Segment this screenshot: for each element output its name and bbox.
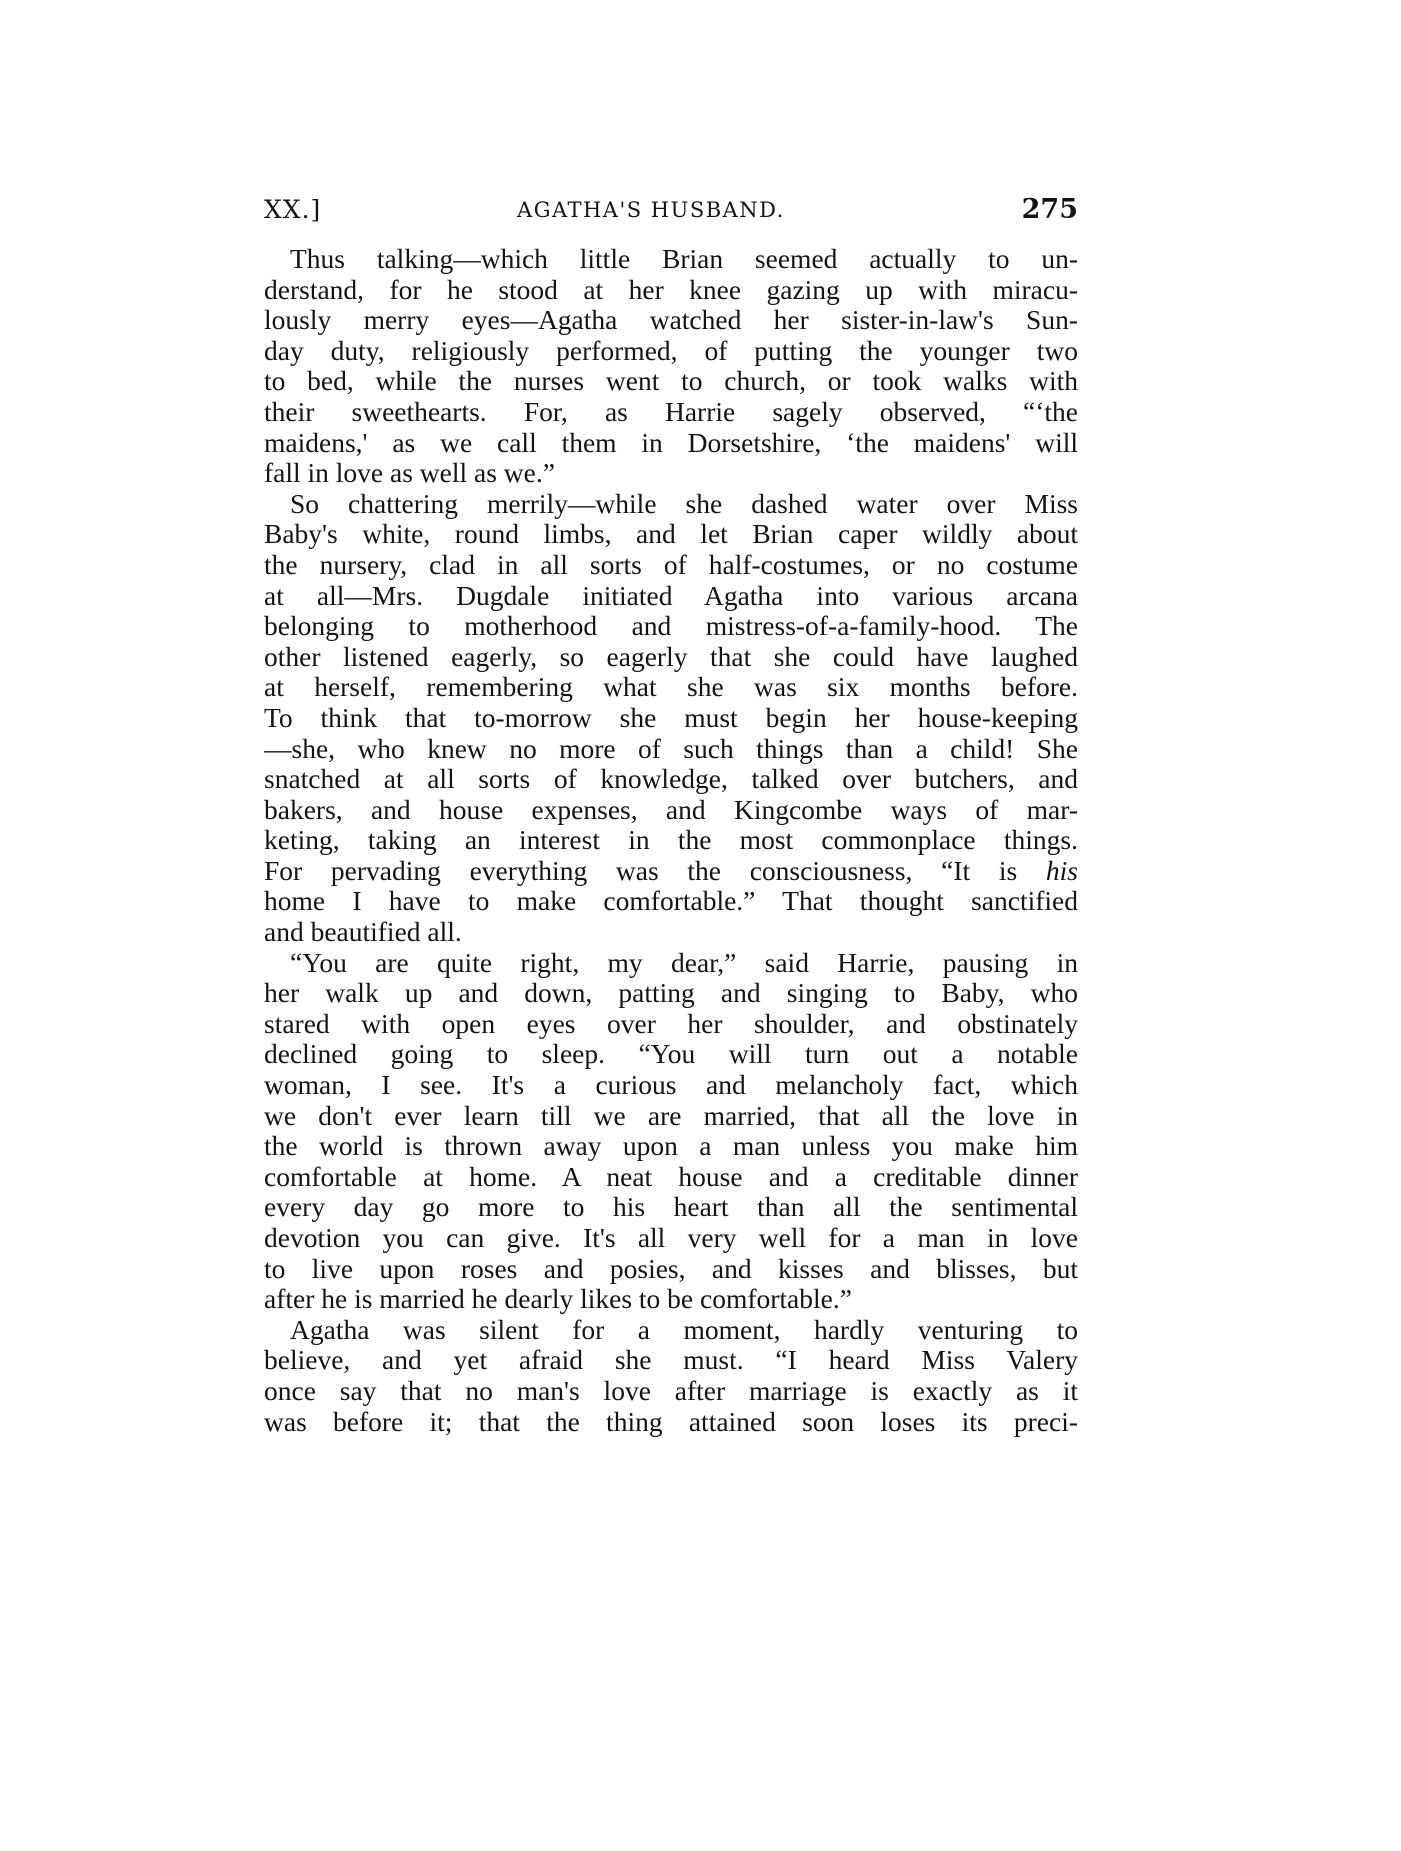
text-line: was before it; that the thing attained s… bbox=[264, 1407, 1078, 1438]
text-line: at all—Mrs. Dugdale initiated Agatha int… bbox=[264, 581, 1078, 612]
text-line: bakers, and house expenses, and Kingcomb… bbox=[264, 795, 1078, 826]
text-line: stared with open eyes over her shoulder,… bbox=[264, 1009, 1078, 1040]
book-page: XX.] AGATHA'S HUSBAND. 275 Thus talking—… bbox=[264, 190, 1078, 1437]
text-line: the world is thrown away upon a man unle… bbox=[264, 1131, 1078, 1162]
text-line: at herself, remembering what she was six… bbox=[264, 672, 1078, 703]
text-line: So chattering merrily—while she dashed w… bbox=[264, 489, 1078, 520]
text-line: belonging to motherhood and mistress-of-… bbox=[264, 611, 1078, 642]
body-text: Thus talking—which little Brian seemed a… bbox=[264, 244, 1078, 1437]
text-line: their sweethearts. For, as Harrie sagely… bbox=[264, 397, 1078, 428]
emphasis: his bbox=[1046, 856, 1078, 886]
text-line: snatched at all sorts of knowledge, talk… bbox=[264, 764, 1078, 795]
text-line: Agatha was silent for a moment, hardly v… bbox=[264, 1315, 1078, 1346]
text-line: —she, who knew no more of such things th… bbox=[264, 734, 1078, 765]
text-line: to bed, while the nurses went to church,… bbox=[264, 366, 1078, 397]
text-line: and beautified all. bbox=[264, 917, 1078, 948]
text-line: For pervading everything was the conscio… bbox=[264, 856, 1078, 887]
text-line: Baby's white, round limbs, and let Brian… bbox=[264, 519, 1078, 550]
text-line: maidens,' as we call them in Dorsetshire… bbox=[264, 428, 1078, 459]
text-line: to live upon roses and posies, and kisse… bbox=[264, 1254, 1078, 1285]
text-line: lously merry eyes—Agatha watched her sis… bbox=[264, 305, 1078, 336]
text-line: To think that to-morrow she must begin h… bbox=[264, 703, 1078, 734]
text-line: the nursery, clad in all sorts of half-c… bbox=[264, 550, 1078, 581]
text-line: her walk up and down, patting and singin… bbox=[264, 978, 1078, 1009]
text-line: comfortable at home. A neat house and a … bbox=[264, 1162, 1078, 1193]
text-line: believe, and yet afraid she must. “I hea… bbox=[264, 1345, 1078, 1376]
running-title: AGATHA'S HUSBAND. bbox=[264, 190, 1078, 230]
text-line: after he is married he dearly likes to b… bbox=[264, 1284, 1078, 1315]
page-number: 275 bbox=[1022, 190, 1078, 230]
text-line: “You are quite right, my dear,” said Har… bbox=[264, 948, 1078, 979]
text-line: we don't ever learn till we are married,… bbox=[264, 1101, 1078, 1132]
text-line: home I have to make comfortable.” That t… bbox=[264, 886, 1078, 917]
text-line: once say that no man's love after marria… bbox=[264, 1376, 1078, 1407]
text-line: woman, I see. It's a curious and melanch… bbox=[264, 1070, 1078, 1101]
text-line: Thus talking—which little Brian seemed a… bbox=[264, 244, 1078, 275]
text-line: every day go more to his heart than all … bbox=[264, 1192, 1078, 1223]
running-head: XX.] AGATHA'S HUSBAND. 275 bbox=[264, 190, 1078, 230]
text-line: derstand, for he stood at her knee gazin… bbox=[264, 275, 1078, 306]
text-line: declined going to sleep. “You will turn … bbox=[264, 1039, 1078, 1070]
text-line: keting, taking an interest in the most c… bbox=[264, 825, 1078, 856]
text-line: fall in love as well as we.” bbox=[264, 458, 1078, 489]
text-line: day duty, religiously performed, of putt… bbox=[264, 336, 1078, 367]
text-line: other listened eagerly, so eagerly that … bbox=[264, 642, 1078, 673]
text-line: devotion you can give. It's all very wel… bbox=[264, 1223, 1078, 1254]
